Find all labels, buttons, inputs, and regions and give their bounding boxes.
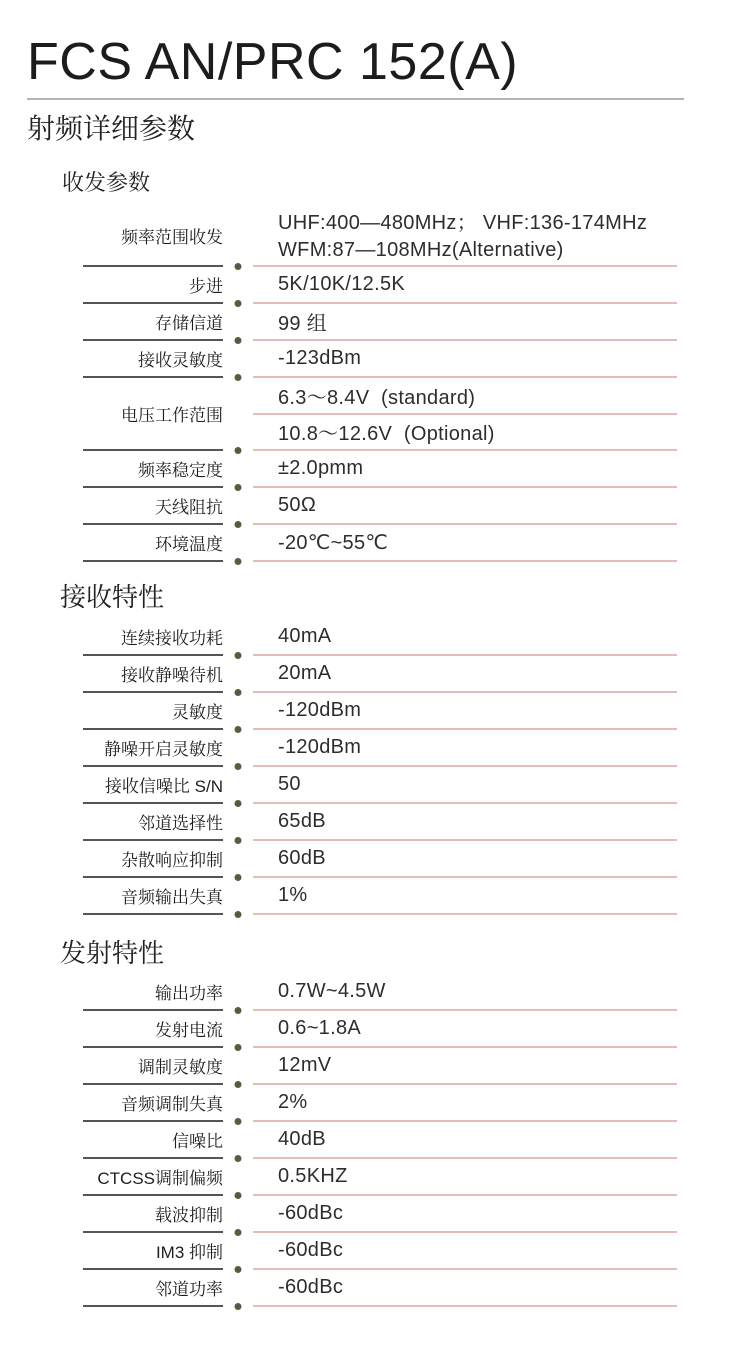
spec-row: 频率范围收发UHF:400—480MHz； VHF:136-174MHzWFM:… [83,205,677,267]
spec-row: 音频调制失真2% [83,1085,677,1122]
param-label: 电压工作范围 [121,401,223,426]
spec-row: 邻道选择性65dB [83,804,677,841]
label-cell: 邻道选择性 [83,804,223,841]
spec-table: 输出功率0.7W~4.5W发射电流0.6~1.8A调制灵敏度12mV音频调制失真… [83,974,677,1307]
label-cell: 环境温度 [83,525,223,562]
dot-cell [223,1159,253,1196]
param-label: 邻道选择性 [138,809,223,834]
param-label: 音频输出失真 [121,883,223,908]
param-value: 5K/10K/12.5K [253,273,677,296]
value-cell: 2% [253,1085,677,1122]
param-value: -60dBc [253,1239,677,1262]
param-label: 存储信道 [155,309,223,334]
param-label: IM3 抑制 [156,1238,223,1263]
label-cell: 调制灵敏度 [83,1048,223,1085]
value-cell: -60dBc [253,1196,677,1233]
value-cell: -120dBm [253,693,677,730]
title-divider [27,98,684,100]
dot-cell [223,1011,253,1048]
dot-cell [223,1196,253,1233]
spec-row: 接收静噪待机20mA [83,656,677,693]
value-cell: UHF:400—480MHz； VHF:136-174MHzWFM:87—108… [253,205,677,267]
param-value: 50Ω [253,494,677,517]
spec-row: 存储信道99 组 [83,304,677,341]
dot-cell [223,205,253,267]
dot-cell [223,378,253,451]
dot-cell [223,656,253,693]
param-value: 0.7W~4.5W [253,980,677,1003]
dot-cell [223,841,253,878]
param-label: 信噪比 [172,1127,223,1152]
spec-row: 输出功率0.7W~4.5W [83,974,677,1011]
value-cell: 5K/10K/12.5K [253,267,677,304]
param-label: 音频调制失真 [121,1090,223,1115]
value-cell: 20mA [253,656,677,693]
section-heading: 接收特性 [60,582,750,612]
param-label: 连续接收功耗 [121,624,223,649]
param-value: -60dBc [253,1276,677,1299]
param-value: ±2.0pmm [253,457,677,480]
param-label: 接收灵敏度 [138,346,223,371]
label-cell: 信噪比 [83,1122,223,1159]
rf-params-heading: 射频详细参数 [27,114,750,144]
label-cell: 静噪开启灵敏度 [83,730,223,767]
spec-row: 天线阻抗50Ω [83,488,677,525]
spec-section: 接收特性 连续接收功耗40mA接收静噪待机20mA灵敏度-120dBm静噪开启灵… [0,582,750,915]
value-cell: 65dB [253,804,677,841]
spec-row: 音频输出失真1% [83,878,677,915]
bullet-dot-icon [235,911,242,918]
dot-cell [223,1233,253,1270]
dot-cell [223,1122,253,1159]
value-cell: 0.5KHZ [253,1159,677,1196]
dot-cell [223,1048,253,1085]
param-label: CTCSS调制偏频 [97,1164,223,1189]
spec-row: 步进5K/10K/12.5K [83,267,677,304]
param-label: 静噪开启灵敏度 [104,735,223,760]
value-cell: -123dBm [253,341,677,378]
param-label: 环境温度 [155,530,223,555]
dot-cell [223,619,253,656]
spec-section: 收发参数 频率范围收发UHF:400—480MHz； VHF:136-174MH… [0,168,750,562]
value-cell: 99 组 [253,304,677,341]
value-cell: 60dB [253,841,677,878]
dot-cell [223,693,253,730]
page-title: FCS AN/PRC 152(A) [27,34,750,90]
value-cell: -120dBm [253,730,677,767]
spec-row: 环境温度-20℃~55℃ [83,525,677,562]
spec-row: 连续接收功耗40mA [83,619,677,656]
label-cell: 灵敏度 [83,693,223,730]
param-label: 调制灵敏度 [138,1053,223,1078]
dot-cell [223,804,253,841]
param-label: 载波抑制 [155,1201,223,1226]
dot-cell [223,730,253,767]
param-value: -20℃~55℃ [253,530,677,555]
param-value: -120dBm [253,736,677,759]
dot-cell [223,488,253,525]
spec-row: 杂散响应抑制60dB [83,841,677,878]
param-label: 步进 [189,272,223,297]
param-value: -60dBc [253,1202,677,1225]
value-cell: 40mA [253,619,677,656]
label-cell: 发射电流 [83,1011,223,1048]
param-value: 60dB [253,847,677,870]
param-label: 接收信噪比 S/N [105,772,223,797]
sections: 收发参数 频率范围收发UHF:400—480MHz； VHF:136-174MH… [0,168,750,1307]
spec-row: 发射电流0.6~1.8A [83,1011,677,1048]
param-value: 12mV [253,1054,677,1077]
bullet-dot-icon [235,558,242,565]
param-label: 频率稳定度 [138,456,223,481]
param-value: 40mA [253,625,677,648]
label-cell: IM3 抑制 [83,1233,223,1270]
value-cell: 0.7W~4.5W [253,974,677,1011]
spec-row: 接收信噪比 S/N50 [83,767,677,804]
label-cell: 接收灵敏度 [83,341,223,378]
value-cell: -60dBc [253,1233,677,1270]
value-cell: ±2.0pmm [253,451,677,488]
dot-cell [223,878,253,915]
dot-cell [223,267,253,304]
label-cell: 频率范围收发 [83,205,223,267]
spec-row: 接收灵敏度-123dBm [83,341,677,378]
value-cell: 6.3～8.4V (standard)10.8～12.6V (Optional) [253,378,677,451]
param-value: 10.8～12.6V (Optional) [253,415,677,450]
param-label: 邻道功率 [155,1275,223,1300]
value-cell: 50Ω [253,488,677,525]
label-cell: 邻道功率 [83,1270,223,1307]
dot-cell [223,525,253,562]
spec-row: 调制灵敏度12mV [83,1048,677,1085]
label-cell: 载波抑制 [83,1196,223,1233]
value-cell: 1% [253,878,677,915]
param-value: 6.3～8.4V (standard) [253,378,677,415]
value-cell: 0.6~1.8A [253,1011,677,1048]
spec-row: 频率稳定度±2.0pmm [83,451,677,488]
label-cell: 接收静噪待机 [83,656,223,693]
spec-row: 电压工作范围6.3～8.4V (standard)10.8～12.6V (Opt… [83,378,677,451]
spec-row: 信噪比40dB [83,1122,677,1159]
spec-row: IM3 抑制-60dBc [83,1233,677,1270]
param-label: 接收静噪待机 [121,661,223,686]
param-label: 灵敏度 [172,698,223,723]
section-heading: 发射特性 [60,938,750,968]
param-value: WFM:87—108MHz(Alternative) [253,235,677,265]
value-cell: 12mV [253,1048,677,1085]
param-label: 输出功率 [155,979,223,1004]
spec-row: 邻道功率-60dBc [83,1270,677,1307]
spec-table: 连续接收功耗40mA接收静噪待机20mA灵敏度-120dBm静噪开启灵敏度-12… [83,619,677,915]
label-cell: 存储信道 [83,304,223,341]
spec-sheet: FCS AN/PRC 152(A) 射频详细参数 收发参数 频率范围收发UHF:… [0,34,750,1307]
dot-cell [223,1270,253,1307]
section-heading: 收发参数 [62,168,750,198]
param-value: 40dB [253,1128,677,1151]
bullet-dot-icon [235,1303,242,1310]
label-cell: 步进 [83,267,223,304]
label-cell: 音频输出失真 [83,878,223,915]
spec-row: 静噪开启灵敏度-120dBm [83,730,677,767]
dot-cell [223,451,253,488]
spec-row: 载波抑制-60dBc [83,1196,677,1233]
dot-cell [223,304,253,341]
spec-table: 频率范围收发UHF:400—480MHz； VHF:136-174MHzWFM:… [83,205,677,562]
param-value: -123dBm [253,347,677,370]
param-value: 20mA [253,662,677,685]
label-cell: CTCSS调制偏频 [83,1159,223,1196]
param-value: -120dBm [253,699,677,722]
spec-section: 发射特性 输出功率0.7W~4.5W发射电流0.6~1.8A调制灵敏度12mV音… [0,938,750,1307]
param-value: 50 [253,773,677,796]
value-cell: 50 [253,767,677,804]
label-cell: 音频调制失真 [83,1085,223,1122]
label-cell: 连续接收功耗 [83,619,223,656]
param-value: 99 组 [253,307,677,336]
label-cell: 接收信噪比 S/N [83,767,223,804]
label-cell: 输出功率 [83,974,223,1011]
param-value: 1% [253,884,677,907]
value-cell: -20℃~55℃ [253,525,677,562]
param-value: 2% [253,1091,677,1114]
spec-row: 灵敏度-120dBm [83,693,677,730]
param-label: 天线阻抗 [155,493,223,518]
dot-cell [223,974,253,1011]
param-label: 频率范围收发 [121,223,223,248]
label-cell: 频率稳定度 [83,451,223,488]
param-label: 杂散响应抑制 [121,846,223,871]
param-label: 发射电流 [155,1016,223,1041]
label-cell: 电压工作范围 [83,378,223,451]
param-value: 0.6~1.8A [253,1017,677,1040]
dot-cell [223,767,253,804]
label-cell: 天线阻抗 [83,488,223,525]
spec-row: CTCSS调制偏频0.5KHZ [83,1159,677,1196]
param-value: UHF:400—480MHz； VHF:136-174MHz [253,205,677,235]
param-value: 0.5KHZ [253,1165,677,1188]
dot-cell [223,341,253,378]
dot-cell [223,1085,253,1122]
value-cell: 40dB [253,1122,677,1159]
param-value: 65dB [253,810,677,833]
value-cell: -60dBc [253,1270,677,1307]
label-cell: 杂散响应抑制 [83,841,223,878]
